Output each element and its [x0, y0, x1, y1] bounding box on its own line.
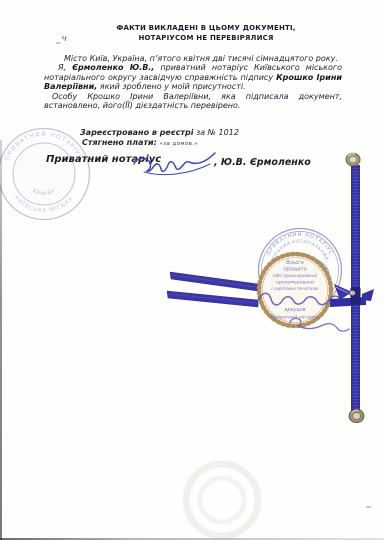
paragraph-city-date: Місто Київ, Україна, п’ятого квітня дві … — [44, 54, 342, 63]
ghost-ring — [186, 464, 258, 536]
wafer-line-7: Приватний нотаріус — [271, 315, 320, 321]
wafer-line-6: аркушів — [284, 307, 305, 313]
body-text-block: Місто Київ, Україна, п’ятого квітня дві … — [44, 54, 342, 110]
header-line-2: НОТАРІУСОМ НЕ ПЕРЕВІРЯЛИСЯ — [22, 33, 384, 43]
ribbon-knot — [326, 278, 384, 314]
signature-stroke — [134, 153, 215, 171]
notarial-certificate-scan: ФАКТИ ВИКЛАДЕНІ В ЦЬОМУ ДОКУМЕНТІ, НОТАР… — [0, 0, 384, 540]
scan-edge-left — [0, 140, 2, 540]
ghost-stamp-bleedthrough — [180, 458, 270, 540]
attestation-lead: Я, — [58, 63, 72, 72]
handwritten-mark: _ч — [56, 34, 68, 44]
paragraph-identity-text: Особу Крошко Ірини Валеріївни, яка підпи… — [44, 92, 342, 110]
signoff-name: , Ю.В. Єрмоленко — [214, 157, 311, 168]
eyelet-hole — [353, 413, 361, 420]
paragraph-identity-check: Особу Крошко Ірини Валеріївни, яка підпи… — [44, 92, 342, 111]
registry-number: за № 1012 — [193, 128, 238, 137]
scan-speck — [366, 506, 371, 508]
paragraph-city-date-text: Місто Київ, Україна, п’ятого квітня дві … — [64, 54, 338, 63]
ribbon-tail-upper — [170, 272, 258, 291]
notary-name-bold: Єрмоленко Ю.В., — [72, 63, 154, 72]
ribbon-tail-lower — [167, 291, 258, 307]
bead-highlight — [351, 291, 353, 293]
wafer-line-2: прошито — [283, 267, 306, 273]
header-line-1: ФАКТИ ВИКЛАДЕНІ В ЦЬОМУ ДОКУМЕНТІ, — [22, 23, 384, 33]
ribbon-eyelet-top — [345, 152, 361, 167]
paragraph-attestation: Я, Єрмоленко Ю.В., приватний нотаріус Ки… — [44, 63, 342, 91]
wafer-line-3: (або прошнуровано) — [273, 273, 318, 278]
wafer-line-1: Всього — [286, 260, 304, 266]
wafer-line-5: і скріплено печаткою — [271, 286, 319, 291]
wafer-line-4: пронумеровано — [276, 281, 314, 286]
document-header: ФАКТИ ВИКЛАДЕНІ В ЦЬОМУ ДОКУМЕНТІ, НОТАР… — [22, 23, 384, 43]
attestation-tail: який зроблено у моїй присутності. — [97, 82, 245, 91]
notary-signature — [124, 140, 220, 178]
ribbon-pin-bead — [349, 290, 355, 296]
ribbon-bow-tail-right — [362, 289, 374, 301]
eyelet-hole — [349, 156, 357, 163]
ghost-inner — [200, 478, 244, 522]
ribbon-cross-band — [330, 297, 366, 307]
ribbon-eyelet-bottom — [348, 408, 365, 424]
registry-label: Зареєстровано в реєстрі — [80, 128, 193, 137]
registry-line: Зареєстровано в реєстрі за № 1012 — [80, 128, 239, 137]
